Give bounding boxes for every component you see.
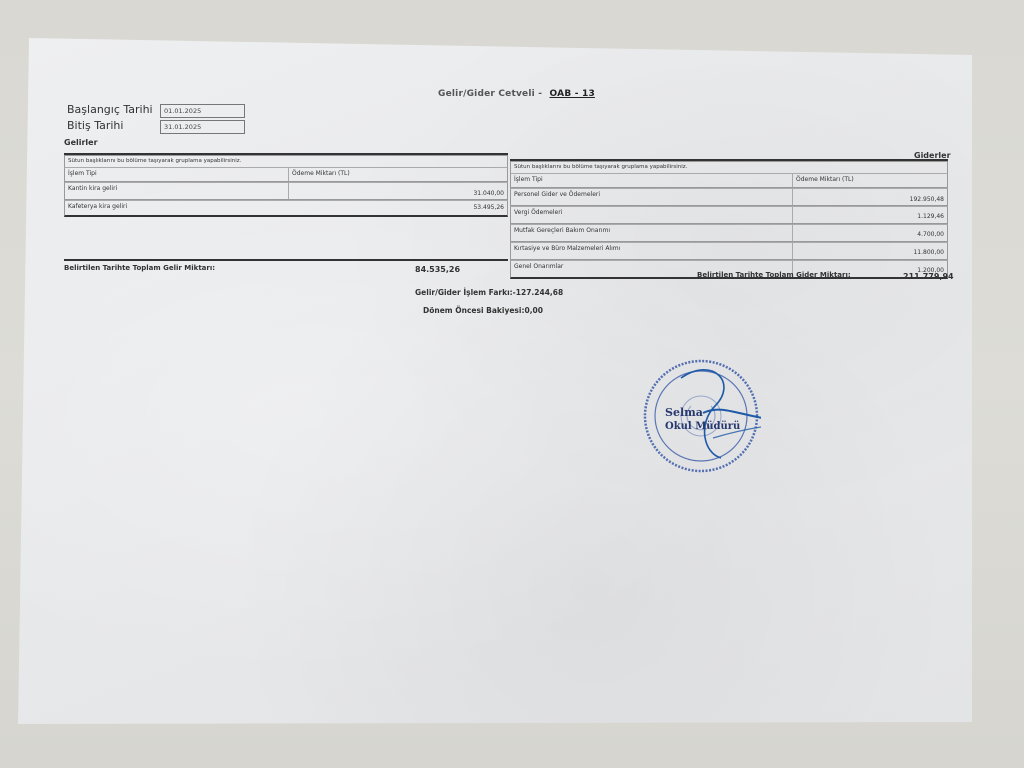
row-type: Kafeterya kira geliri <box>65 201 448 215</box>
official-stamp: Selma Okul Müdürü <box>643 358 761 476</box>
income-total-value: 84.535,26 <box>415 265 460 274</box>
income-table-bottom-rule <box>64 259 508 261</box>
table-row: Vergi Ödemeleri 1.129,46 <box>510 206 948 224</box>
end-date-label: Bitiş Tarihi <box>67 119 123 132</box>
row-amount: 192.950,48 <box>793 189 947 205</box>
table-row: Kırtasiye ve Büro Malzemeleri Alımı 11.8… <box>510 242 948 260</box>
start-date-field: 01.01.2025 <box>160 104 245 118</box>
income-total-label: Belirtilen Tarihte Toplam Gelir Miktarı: <box>64 264 215 272</box>
expenses-col-amount: Ödeme Miktarı (TL) <box>793 174 947 187</box>
table-row: Personel Gider ve Ödemeleri 192.950,48 <box>510 188 948 206</box>
table-row: Mutfak Gereçleri Bakım Onarımı 4.700,00 <box>510 224 948 242</box>
row-amount: 31.040,00 <box>289 183 507 199</box>
stamp-name: Selma <box>665 406 703 419</box>
expenses-total-label: Belirtilen Tarihte Toplam Gider Miktarı: <box>697 271 851 279</box>
row-amount: 11.800,00 <box>793 243 947 259</box>
row-amount: 1.129,46 <box>793 207 947 223</box>
income-col-type: İşlem Tipi <box>65 168 289 181</box>
expenses-col-type: İşlem Tipi <box>511 174 793 187</box>
row-type: Mutfak Gereçleri Bakım Onarımı <box>511 225 793 241</box>
income-expense-difference: Gelir/Gider İşlem Farkı:-127.244,68 <box>415 288 563 297</box>
expenses-total-value: 211.779,94 <box>903 272 954 281</box>
row-amount: 53.495,26 <box>448 201 507 215</box>
stamp-title: Okul Müdürü <box>665 421 740 432</box>
table-row: Kantin kira geliri 31.040,00 <box>64 182 508 200</box>
income-section-title: Gelirler <box>64 138 98 147</box>
previous-period-balance: Dönem Öncesi Bakiyesi:0,00 <box>423 306 543 315</box>
income-group-hint: Sütun başlıklarını bu bölüme taşıyarak g… <box>64 155 508 167</box>
row-type: Kantin kira geliri <box>65 183 289 199</box>
title-text: Gelir/Gider Cetveli - <box>438 89 542 99</box>
expenses-header-row: İşlem Tipi Ödeme Miktarı (TL) <box>510 173 948 188</box>
document-title: Gelir/Gider Cetveli - OAB - 13 <box>438 89 595 99</box>
table-row: Kafeterya kira geliri 53.495,26 <box>64 200 508 217</box>
row-type: Personel Gider ve Ödemeleri <box>511 189 793 205</box>
start-date-label: Başlangıç Tarihi <box>67 103 153 116</box>
row-type: Kırtasiye ve Büro Malzemeleri Alımı <box>511 243 793 259</box>
expenses-group-hint: Sütun başlıklarını bu bölüme taşıyarak g… <box>510 161 948 173</box>
row-amount: 4.700,00 <box>793 225 947 241</box>
expenses-table: Sütun başlıklarını bu bölüme taşıyarak g… <box>510 159 948 279</box>
paper-sheet <box>18 38 973 724</box>
end-date-field: 31.01.2025 <box>160 120 245 134</box>
income-header-row: İşlem Tipi Ödeme Miktarı (TL) <box>64 167 508 182</box>
income-table: Sütun başlıklarını bu bölüme taşıyarak g… <box>64 153 508 217</box>
income-col-amount: Ödeme Miktarı (TL) <box>289 168 507 181</box>
row-type: Vergi Ödemeleri <box>511 207 793 223</box>
document-code: OAB - 13 <box>550 89 595 99</box>
